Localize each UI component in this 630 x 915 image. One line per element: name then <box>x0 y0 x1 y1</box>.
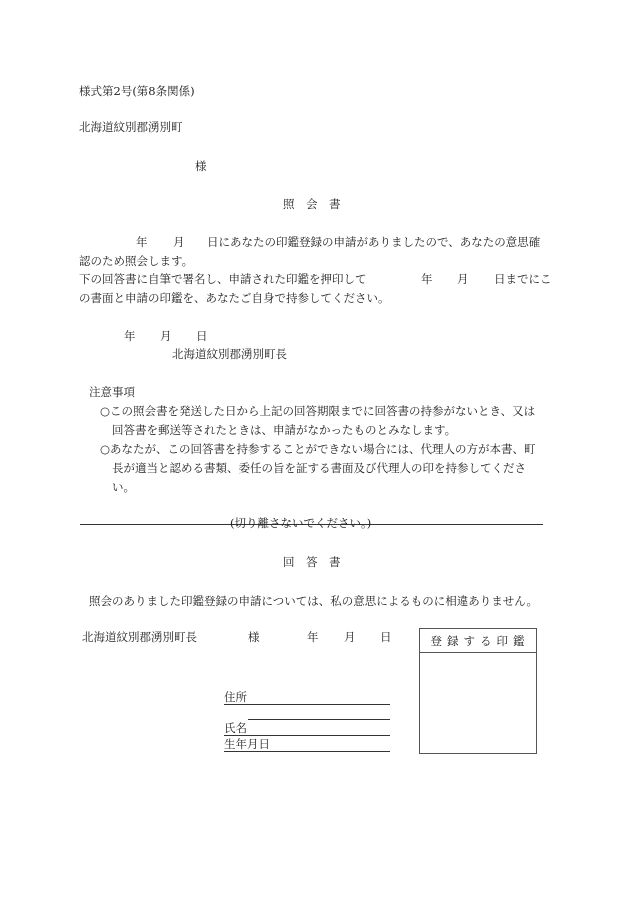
reply-recipient: 北海道紋別郡湧別町長 <box>82 632 197 644</box>
form-number: 様式第2号(第8条関係) <box>79 86 195 98</box>
issue-date-year: 年 <box>124 331 136 343</box>
inquiry-deadline-month: 月 <box>457 274 469 286</box>
note-2-line3: い。 <box>112 482 135 494</box>
note-1-line1: ○この照会書を発送した日から上記の回答期限までに回答書の持参がないとき、又は <box>100 406 535 418</box>
note-1-line2: 回答書を郵送等されたときは、申請がなかったものとみなします。 <box>112 425 456 437</box>
inquiry-line1-text: 日にあなたの印鑑登録の申請がありましたので、あなたの意思確 <box>207 237 540 249</box>
name-field-line[interactable] <box>224 735 390 736</box>
addressee-honorific: 様 <box>195 161 207 173</box>
birthdate-label: 生年月日 <box>224 739 270 751</box>
reply-statement: 照会のありました印鑑登録の申請については、私の意思によるものに相違ありません。 <box>89 596 538 608</box>
name-label: 氏名 <box>224 723 247 735</box>
inquiry-received-year: 年 <box>136 237 148 249</box>
registered-seal-box[interactable]: 登録する印鑑 <box>419 628 537 754</box>
reply-date-month: 月 <box>344 632 356 644</box>
seal-box-header: 登録する印鑑 <box>420 629 536 653</box>
cut-line-label: (切り離さないでください。) <box>230 518 371 530</box>
inquiry-title: 照 会 書 <box>283 199 341 211</box>
reply-honorific: 様 <box>248 632 260 644</box>
address-field-line-1[interactable] <box>224 704 390 705</box>
reply-date-year: 年 <box>307 632 319 644</box>
reply-date-day: 日 <box>380 632 392 644</box>
addressee-town: 北海道紋別郡湧別町 <box>79 122 183 134</box>
address-label: 住所 <box>224 692 247 704</box>
inquiry-line2-text: 認のため照会します。 <box>79 256 193 268</box>
inquiry-line3-rest: 日までにこ <box>494 274 552 286</box>
issue-date-month: 月 <box>160 331 172 343</box>
inquiry-received-month: 月 <box>173 237 185 249</box>
reply-title: 回 答 書 <box>283 557 341 569</box>
inquiry-line3-text: 下の回答書に自筆で署名し、申請された印鑑を押印して <box>79 274 367 286</box>
address-field-line-2[interactable] <box>248 719 390 720</box>
inquiry-line4-text: の書面と申請の印鑑を、あなたご自身で持参してください。 <box>79 293 390 305</box>
inquiry-deadline-year: 年 <box>421 274 433 286</box>
issue-date-day: 日 <box>196 331 208 343</box>
birthdate-field-line[interactable] <box>224 751 390 752</box>
note-2-line1: ○あなたが、この回答書を持参することができない場合には、代理人の方が本書、町 <box>100 444 536 456</box>
issuer-name: 北海道紋別郡湧別町長 <box>172 349 287 361</box>
note-2-line2: 長が適当と認める書類、委任の旨を証する書面及び代理人の印を持参してくださ <box>112 463 526 475</box>
notes-heading: 注意事項 <box>89 387 135 399</box>
